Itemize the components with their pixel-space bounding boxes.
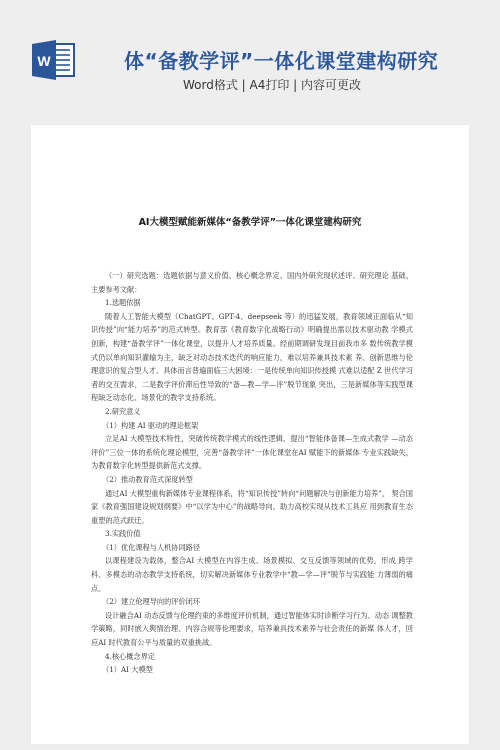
section-heading: 2.研究意义 xyxy=(91,405,413,419)
subsection-heading: （2）推动教育范式深度转型 xyxy=(91,473,413,487)
header-subtitle: Word格式 | A4打印 | 内容可更改 xyxy=(183,76,361,93)
section-heading: 3.实践价值 xyxy=(91,527,413,541)
header: W 体“备教学评”一体化课堂建构研究 Word格式 | A4打印 | 内容可更改 xyxy=(0,0,500,110)
document-body: （一）研究选题：选题依据与意义价值、核心概念界定、国内外研究现状述评、研究理论 … xyxy=(91,269,413,677)
subsection-heading: （1）AI 大模型 xyxy=(91,663,413,677)
paragraph: 立足AI 大模型技术特性，突破传统教学模式的线性逻辑，提出“智能体备课—生成式教… xyxy=(91,432,413,473)
paragraph: 随着人工智能大模型（ChatGPT、GPT-4、deepseek 等）的迅猛发展… xyxy=(91,310,413,405)
svg-text:W: W xyxy=(37,53,51,69)
word-icon: W xyxy=(32,40,76,80)
subsection-heading: （1）构建 AI 驱动的理论框架 xyxy=(91,419,413,433)
paragraph: （一）研究选题：选题依据与意义价值、核心概念界定、国内外研究现状述评、研究理论 … xyxy=(91,269,413,296)
document-title: AI大模型赋能新媒体“备教学评”一体化课堂建构研究 xyxy=(31,214,469,228)
paragraph: 以课程建设为载体，整合AI 大模型在内容生成、场景模拟、交互反馈等领域的优势，形… xyxy=(91,554,413,595)
paragraph: 设计融合AI 动态反馈与伦理约束的多维度评价机制，通过智能体实时诊断学习行为、动… xyxy=(91,609,413,650)
section-heading: 1.选题依据 xyxy=(91,296,413,310)
document-page: AI大模型赋能新媒体“备教学评”一体化课堂建构研究 （一）研究选题：选题依据与意… xyxy=(31,125,469,744)
paragraph: 通过AI 大模型重构新媒体专业课程体系，将“知识传授”转向“问题解决与创新能力培… xyxy=(91,487,413,528)
section-heading: 4.核心概念界定 xyxy=(91,650,413,664)
subsection-heading: （2）建立伦理导向的评价闭环 xyxy=(91,595,413,609)
subsection-heading: （1）优化课程与人机协同路径 xyxy=(91,541,413,555)
header-title: 体“备教学评”一体化课堂建构研究 xyxy=(124,45,424,74)
